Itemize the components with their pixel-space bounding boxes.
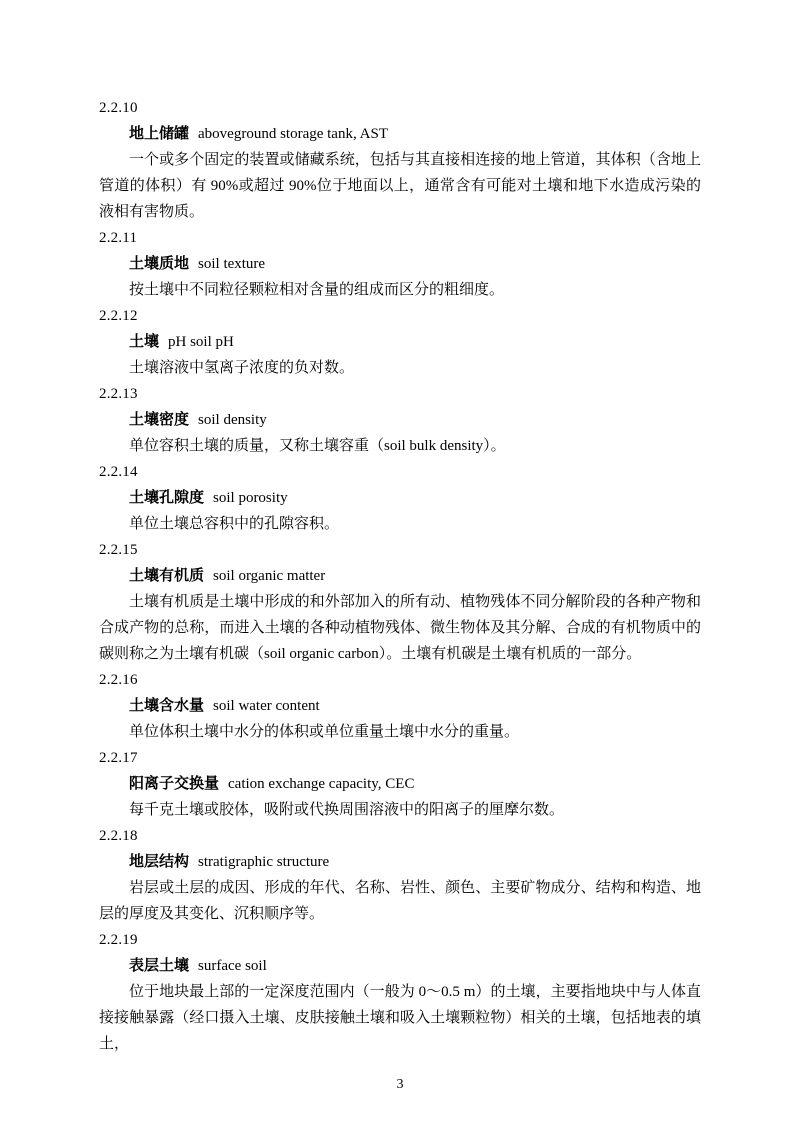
term-en: soil texture — [198, 256, 265, 272]
term-line: 表层土壤surface soil — [99, 953, 701, 979]
term-definition: 单位容积土壤的质量，又称土壤容重（soil bulk density）。 — [99, 433, 701, 459]
term-line: 土壤含水量soil water content — [99, 693, 701, 719]
section-number: 2.2.16 — [99, 667, 701, 693]
section-number: 2.2.10 — [99, 95, 701, 121]
term-section-2-2-13: 2.2.13 土壤密度soil density 单位容积土壤的质量，又称土壤容重… — [99, 381, 701, 459]
term-en: soil water content — [213, 698, 320, 714]
term-en: soil porosity — [213, 490, 288, 506]
section-number: 2.2.11 — [99, 225, 701, 251]
term-definition: 土壤溶液中氢离子浓度的负对数。 — [99, 355, 701, 381]
term-zh: 土壤 — [129, 334, 159, 350]
term-section-2-2-18: 2.2.18 地层结构stratigraphic structure 岩层或土层… — [99, 823, 701, 927]
term-definition: 土壤有机质是土壤中形成的和外部加入的所有动、植物残体不同分解阶段的各种产物和合成… — [99, 589, 701, 667]
section-number: 2.2.13 — [99, 381, 701, 407]
term-line: 土壤密度soil density — [99, 407, 701, 433]
term-line: 土壤孔隙度soil porosity — [99, 485, 701, 511]
term-definition: 一个或多个固定的装置或储藏系统，包括与其直接相连接的地上管道，其体积（含地上管道… — [99, 147, 701, 225]
section-number: 2.2.17 — [99, 745, 701, 771]
term-zh: 土壤含水量 — [129, 698, 204, 714]
term-zh: 表层土壤 — [129, 958, 189, 974]
term-line: 土壤质地soil texture — [99, 251, 701, 277]
term-section-2-2-19: 2.2.19 表层土壤surface soil 位于地块最上部的一定深度范围内（… — [99, 927, 701, 1057]
term-en: surface soil — [198, 958, 267, 974]
term-zh: 地层结构 — [129, 854, 189, 870]
term-en: soil density — [198, 412, 267, 428]
term-line: 地上储罐aboveground storage tank, AST — [99, 121, 701, 147]
term-line: 土壤pH soil pH — [99, 329, 701, 355]
term-en: aboveground storage tank, AST — [198, 126, 388, 142]
term-definition: 每千克土壤或胶体，吸附或代换周围溶液中的阳离子的厘摩尔数。 — [99, 797, 701, 823]
page-number: 3 — [99, 1076, 701, 1094]
term-definition: 单位体积土壤中水分的体积或单位重量土壤中水分的重量。 — [99, 719, 701, 745]
term-line: 土壤有机质soil organic matter — [99, 563, 701, 589]
section-number: 2.2.12 — [99, 303, 701, 329]
term-definition: 岩层或土层的成因、形成的年代、名称、岩性、颜色、主要矿物成分、结构和构造、地层的… — [99, 875, 701, 927]
term-zh: 土壤有机质 — [129, 568, 204, 584]
term-en: soil organic matter — [213, 568, 325, 584]
term-en: cation exchange capacity, CEC — [228, 776, 414, 792]
term-section-2-2-14: 2.2.14 土壤孔隙度soil porosity 单位土壤总容积中的孔隙容积。 — [99, 459, 701, 537]
term-zh: 土壤密度 — [129, 412, 189, 428]
term-section-2-2-12: 2.2.12 土壤pH soil pH 土壤溶液中氢离子浓度的负对数。 — [99, 303, 701, 381]
term-zh: 土壤孔隙度 — [129, 490, 204, 506]
section-number: 2.2.19 — [99, 927, 701, 953]
term-en: stratigraphic structure — [198, 854, 329, 870]
term-section-2-2-17: 2.2.17 阳离子交换量cation exchange capacity, C… — [99, 745, 701, 823]
term-zh: 阳离子交换量 — [129, 776, 219, 792]
section-number: 2.2.15 — [99, 537, 701, 563]
term-section-2-2-15: 2.2.15 土壤有机质soil organic matter 土壤有机质是土壤… — [99, 537, 701, 667]
term-zh: 土壤质地 — [129, 256, 189, 272]
term-definition: 单位土壤总容积中的孔隙容积。 — [99, 511, 701, 537]
term-en: pH soil pH — [168, 334, 234, 350]
document-page: 2.2.10 地上储罐aboveground storage tank, AST… — [0, 0, 800, 1131]
term-line: 阳离子交换量cation exchange capacity, CEC — [99, 771, 701, 797]
term-line: 地层结构stratigraphic structure — [99, 849, 701, 875]
term-definition: 按土壤中不同粒径颗粒相对含量的组成而区分的粗细度。 — [99, 277, 701, 303]
term-definition: 位于地块最上部的一定深度范围内（一般为 0～0.5 m）的土壤，主要指地块中与人… — [99, 979, 701, 1057]
section-number: 2.2.18 — [99, 823, 701, 849]
term-section-2-2-16: 2.2.16 土壤含水量soil water content 单位体积土壤中水分… — [99, 667, 701, 745]
term-section-2-2-10: 2.2.10 地上储罐aboveground storage tank, AST… — [99, 95, 701, 225]
term-section-2-2-11: 2.2.11 土壤质地soil texture 按土壤中不同粒径颗粒相对含量的组… — [99, 225, 701, 303]
term-zh: 地上储罐 — [129, 126, 189, 142]
section-number: 2.2.14 — [99, 459, 701, 485]
